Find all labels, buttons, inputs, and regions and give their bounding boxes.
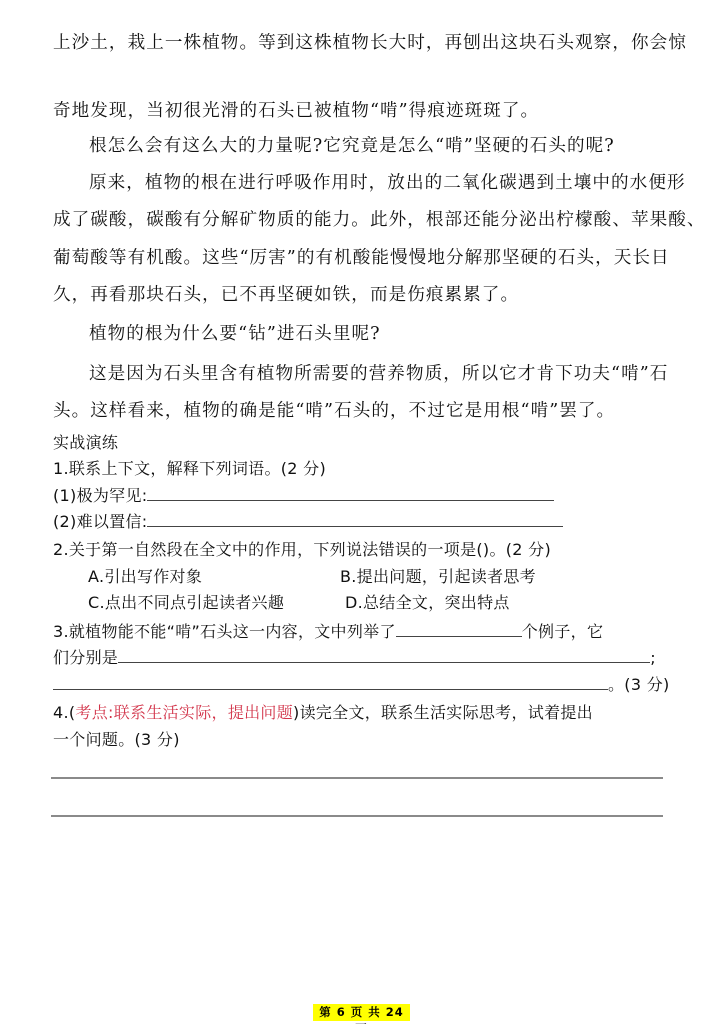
q1-item-2: (2)难以置信: — [53, 510, 563, 533]
q4-prompt-line2: 一个问题。(3 分) — [53, 729, 180, 751]
q2-prompt: 2.关于第一自然段在全文中的作用，下列说法错误的一项是()。(2 分) — [53, 539, 551, 561]
q1-item-2-answer-blank[interactable] — [147, 510, 563, 527]
q4-answer-line-1[interactable] — [51, 777, 663, 779]
worksheet-page: 上沙土，栽上一株植物。等到这株植物长大时，再刨出这块石头观察，你会惊 奇地发现，… — [0, 0, 724, 1024]
passage-line: 根怎么会有这么大的力量呢?它究竟是怎么“啃”坚硬的石头的呢? — [89, 134, 709, 158]
passage-line: 原来，植物的根在进行呼吸作用时，放出的二氧化碳遇到土壤中的水便形 — [89, 171, 709, 195]
q1-item-1: (1)极为罕见: — [53, 484, 554, 507]
passage-line: 成了碳酸，碳酸有分解矿物质的能力。此外，根部还能分泌出柠檬酸、苹果酸、 — [53, 208, 673, 232]
passage-line: 久，再看那块石头，已不再坚硬如铁，而是伤痕累累了。 — [53, 283, 673, 307]
passage-line: 这是因为石头里含有植物所需要的营养物质，所以它才肯下功夫“啃”石 — [89, 362, 709, 386]
q3-line-2: 们分别是; — [53, 646, 656, 669]
exercises-heading: 实战演练 — [53, 432, 118, 454]
q3-line-1: 3.就植物能不能“啃”石头这一内容，文中列举了个例子，它 — [53, 620, 603, 643]
passage-line: 奇地发现，当初很光滑的石头已被植物“啃”得痕迹斑斑了。 — [53, 99, 673, 123]
q1-item-1-label: (1)极为罕见: — [53, 486, 147, 505]
q3-examples-blank-2[interactable] — [53, 673, 608, 690]
q4-number: 4.( — [53, 703, 75, 722]
q3-prompt-part1: 3.就植物能不能“啃”石头这一内容，文中列举了 — [53, 622, 396, 641]
q2-option-d[interactable]: D.总结全文，突出特点 — [345, 592, 510, 614]
q1-item-1-answer-blank[interactable] — [147, 484, 554, 501]
passage-line: 植物的根为什么要“钻”进石头里呢? — [89, 322, 709, 346]
q3-prompt-part2: 个例子，它 — [522, 622, 604, 641]
passage-line: 头。这样看来，植物的确是能“啃”石头的，不过它是用根“啃”罢了。 — [53, 399, 673, 423]
q2-option-b[interactable]: B.提出问题，引起读者思考 — [340, 566, 536, 588]
q4-line-1: 4.(考点:联系生活实际，提出问题)读完全文，联系生活实际思考，试着提出 — [53, 702, 593, 724]
q2-option-c[interactable]: C.点出不同点引起读者兴趣 — [88, 592, 284, 614]
q1-item-2-label: (2)难以置信: — [53, 512, 147, 531]
q2-option-a[interactable]: A.引出写作对象 — [88, 566, 202, 588]
q3-semicolon: ; — [650, 648, 656, 667]
q3-prompt-part3: 们分别是 — [53, 648, 118, 667]
page-number-footer: 第 6 页 共 24 页 — [313, 1004, 410, 1021]
q3-count-blank[interactable] — [396, 620, 522, 637]
q3-line-3: 。(3 分) — [53, 673, 670, 696]
passage-line: 上沙土，栽上一株植物。等到这株植物长大时，再刨出这块石头观察，你会惊 — [53, 31, 673, 55]
q4-focus-tag: 考点:联系生活实际，提出问题 — [75, 703, 293, 722]
q3-examples-blank-1[interactable] — [118, 646, 650, 663]
passage-line: 葡萄酸等有机酸。这些“厉害”的有机酸能慢慢地分解那坚硬的石头，天长日 — [53, 246, 673, 270]
q4-prompt-line1: 读完全文，联系生活实际思考，试着提出 — [300, 703, 593, 722]
q1-prompt: 1.联系上下文，解释下列词语。(2 分) — [53, 458, 326, 480]
q3-points: 。(3 分) — [608, 675, 670, 694]
q4-answer-line-2[interactable] — [51, 815, 663, 817]
